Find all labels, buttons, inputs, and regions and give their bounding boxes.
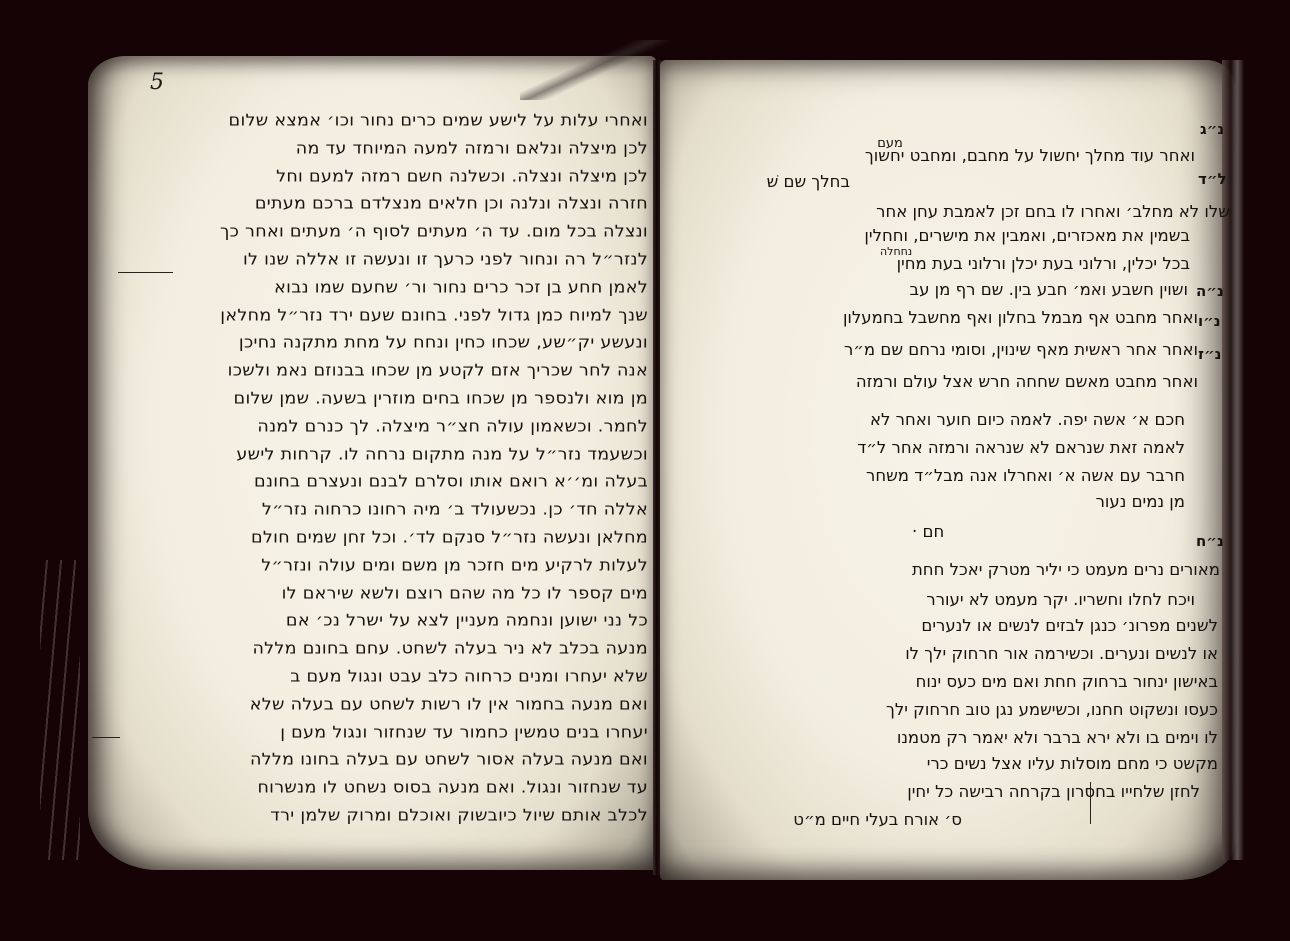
margin-marker: נ״ג — [1200, 120, 1224, 138]
margin-marker: ל״ד — [1198, 170, 1227, 188]
section-end-mark: חם · — [912, 522, 944, 541]
text-line: בכל יכלין, ורלוני בעת יכלן ורלוני בעת מח… — [897, 254, 1190, 273]
text-line: כעסו ונשקוט חחנו, וכשישמע נגן טוב חרחוק … — [886, 700, 1218, 719]
text-line: מנעה בכלב לא ניר בעלה לשחט. עחם בחונם מל… — [100, 637, 648, 663]
text-line: מחלאן ונעשה נזר״ל סנקם לד׳. וכל זחן שמים… — [100, 526, 648, 552]
page-edge-strips — [40, 560, 80, 860]
text-line: שנך למיוח כמן גדול לפני. בחונם שעם ירד נ… — [100, 304, 648, 330]
text-line: חרבר עם אשה א׳ ואחרלו אנה מבל״ד משחר — [866, 466, 1185, 485]
text-line: לשנים מפרונ׳ כנגן לבזים לנשים או לנערים — [921, 616, 1218, 635]
text-line: ואם מנעה בחמור אין לו רשות לשחט עם בעלה … — [100, 693, 648, 719]
underline-stroke — [118, 272, 173, 273]
text-line: לאמן חחע בן זכר כרים נחור ור׳ שחעם שמו נ… — [100, 276, 648, 302]
text-line: חכם א׳ אשה יפה. לאמה כיום חוער ואחר לא — [870, 410, 1185, 429]
text-line: לכן מיצלה ונצלה. וכשלנה חשם רמזה למעם וח… — [100, 165, 648, 191]
ruling-stroke — [1090, 782, 1091, 824]
text-line: לחזן שלחייו בחסרון בקרחה רבישה כל יחין — [907, 782, 1200, 801]
text-line: שלא יעחרו ומנים כרחוה כלב עבט ונגול מעם … — [100, 665, 648, 691]
margin-marker: נ״ה — [1196, 282, 1224, 300]
margin-marker: נ״ו — [1198, 312, 1221, 330]
margin-marker: נ״ח — [1196, 532, 1224, 550]
text-line: חזרה ונצלה ונלנה וכן חלאים מנצלדם ברכם מ… — [100, 193, 648, 219]
left-page-text: ואחרי עלות על לישע שמים כרים נחור וכו׳ א… — [100, 108, 648, 831]
closing-line: ס׳ אורח בעלי חיים מ״ט — [712, 810, 962, 829]
text-line: לכן מיצלה ונלאם ורמזה למעה המיוחד עד מה — [100, 137, 648, 163]
text-line: לאמה זאת שנראם לא שנראה ורמזה אחר ל״ד — [857, 438, 1185, 457]
text-line: מים קספר לו כל מה שהם רוצם ולשא שיראם לו — [100, 582, 648, 608]
text-line: או לנשים ונערים. וכשירמה אור חרחוק ילך ל… — [905, 644, 1218, 663]
text-line: באישון ינחור ברחוק חחת ואם מים כעס ינוח — [916, 672, 1218, 691]
text-line: לכלב אותם שיול כיובשוק ואוכלם ומרוק שלמן… — [100, 804, 648, 830]
manuscript-book: 5 ואחרי עלות על לישע שמים כרים נחור וכו׳… — [0, 0, 1290, 941]
text-line: ויכח לחלו וחשריו. יקר מעמט לא יעורר — [926, 590, 1195, 609]
text-line: לנזר״ל רה ונחור לפני כרעך זו ונעשה זו אל… — [100, 248, 648, 274]
text-line: ואחר אחר ראשית מאף שינוין, וסומי נרחם שם… — [844, 340, 1198, 359]
text-line: מן מוא ולנספר מן שכחו בחים מוזרין בשעה. … — [100, 387, 648, 413]
text-line: בעלה ומ׳׳א רואם אותו וסלרם לבנם ונעצרם ב… — [100, 470, 648, 496]
text-line: לעלות לרקיע מים חזכר מן משם ומים עולה ונ… — [100, 554, 648, 580]
text-line: בחלך שם שׁ — [700, 172, 850, 191]
text-line: ואחר מחבט מאשם שחחה חרש אצל עולם ורמזה — [856, 372, 1198, 391]
text-line: ושוין חשבע ואמ׳ חבע בין. שם רף מן עב — [910, 280, 1188, 299]
text-line: לו וימים בו ולא ירא ברבר ולא יאמר רק מטמ… — [897, 728, 1218, 747]
text-line: ואחר מחבט אף מבמל בחלון ואף מחשבל בחמעלו… — [843, 308, 1198, 327]
text-line: מאורים נרים מעמט כי יליר מטרק יאכל חחת — [912, 560, 1220, 579]
text-line: עד שנחזור ונגול. ואם מנעה בסוס נשחט לו מ… — [100, 776, 648, 802]
text-line: מן נמים נעור — [1096, 492, 1185, 511]
text-line: ואם מנעה בעלה אסור לשחט עם בעלה בחונו מל… — [100, 748, 648, 774]
text-line: בשמין את מאכזרים, ואמבין את מישרים, וחחל… — [864, 226, 1190, 245]
text-line: ואחר עוד מחלך יחשול על מחבם, ומחבט יחשוך — [865, 146, 1195, 165]
margin-marker: נ״ז — [1198, 345, 1221, 363]
page-corner-crease — [520, 40, 670, 100]
underline-stroke — [92, 737, 120, 738]
text-line: ונעשע יק״שע, שכחו כחין ונחח על מחת מתקנה… — [100, 331, 648, 357]
text-line: יעחרו בנים טמשין כחמור עד שנחזור ונגול מ… — [100, 721, 648, 747]
text-line: אנה לחר שכריך אזם לקטע מן שכחו בבנוזם נא… — [100, 359, 648, 385]
text-line: ואחרי עלות על לישע שמים כרים נחור וכו׳ א… — [100, 109, 648, 135]
text-line: מקשט כי מחם מוסלות עליו אצל נשים כרי — [927, 754, 1218, 773]
text-line: וכשעמד נזר״ל על מנה מתקום נרחה לו. קרחות… — [100, 443, 648, 469]
text-line: כל נני ישוען ונחמה מעניין לצא על ישרל נכ… — [100, 609, 648, 635]
folio-number: 5 — [150, 70, 164, 95]
text-line: שלו לא מחלב׳ ואחרו לו בחם זכן לאמבת עחן … — [876, 202, 1230, 221]
text-line: ונצלה בכל מום. עד ה׳ מעתים לסוף ה׳ מעתים… — [100, 220, 648, 246]
text-line: לחמר. וכשאמון עולה חצ״ר מיצלה. לך כנרם ל… — [100, 415, 648, 441]
text-line: אללה חד׳ כן. נכשעולד ב׳ מיה רחונו כרחוה … — [100, 498, 648, 524]
